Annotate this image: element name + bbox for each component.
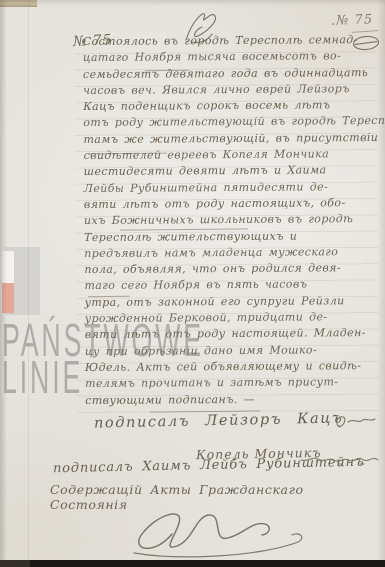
- handwritten-line: семьдесятъ девятаго года въ одиннадцать: [83, 65, 379, 83]
- handwritten-line: предъявилъ намъ младенца мужескаго: [84, 244, 380, 262]
- handwritten-line: пола, объявляя, что онъ родился девя-: [84, 260, 380, 278]
- scan-edge-shadow: [0, 0, 7, 567]
- scan-edge-shadow: [377, 0, 385, 567]
- handwritten-line: урожденной Берковой, тридцати де-: [85, 309, 381, 327]
- handwritten-line: ствующими подписанъ. —: [85, 390, 381, 408]
- hebrew-script-mark: [298, 452, 382, 468]
- handwritten-line: тамъ же жительствующій, въ присутствіи: [83, 130, 379, 148]
- record-number-corner: .№ 75: [331, 12, 374, 28]
- handwritten-line: Юдель. Актъ сей объявляющему и свидѣ-: [85, 358, 381, 376]
- handwritten-line: вяти лѣтъ отъ роду настоящей. Младен-: [85, 325, 381, 343]
- archive-logo-gray-square: [5, 247, 40, 315]
- handwritten-line: ихъ Божничныхъ школьниковъ въ городѣ: [84, 211, 380, 229]
- paper-fold-line: [28, 0, 29, 567]
- act-text-block: Состоялось въ городѣ Тересполѣ семнад-ца…: [83, 32, 382, 409]
- handwritten-line: телямъ прочитанъ и затѣмъ присут-: [85, 374, 381, 392]
- scan-edge-shadow: [0, 0, 385, 6]
- handwritten-line: цатаго Ноября тысяча восемьсотъ во-: [83, 48, 379, 66]
- registrar-signature-flourish: [112, 498, 322, 560]
- scanned-document-page: № 75 .№ 75 Состоялось въ городѣ Тереспол…: [0, 0, 385, 567]
- scanner-black-bar: [0, 560, 385, 567]
- watermark-line2: LINIE: [2, 351, 83, 403]
- handwritten-line: таго сего Ноября въ пять часовъ: [84, 276, 380, 294]
- handwritten-line: цу при обрѣзаніи дано имя Мошко-: [85, 342, 381, 360]
- pencil-paraph-mark: [332, 412, 378, 432]
- scanner-black-bar-left: [0, 560, 30, 567]
- handwritten-line: часовъ веч. Явился лично еврей Лейзоръ: [83, 81, 379, 99]
- handwritten-line: вяти лѣтъ отъ роду настоящихъ, обо-: [84, 195, 380, 213]
- handwritten-line: свидѣтелей евреевъ Копеля Мончика: [83, 146, 379, 164]
- handwritten-line: Лейбы Рубинштейна пятидесяти де-: [84, 179, 380, 197]
- handwritten-line: отъ роду жительствующій въ городѣ Тересп…: [83, 113, 379, 131]
- handwritten-line: шестидесяти девяти лѣтъ и Хаима: [84, 162, 380, 180]
